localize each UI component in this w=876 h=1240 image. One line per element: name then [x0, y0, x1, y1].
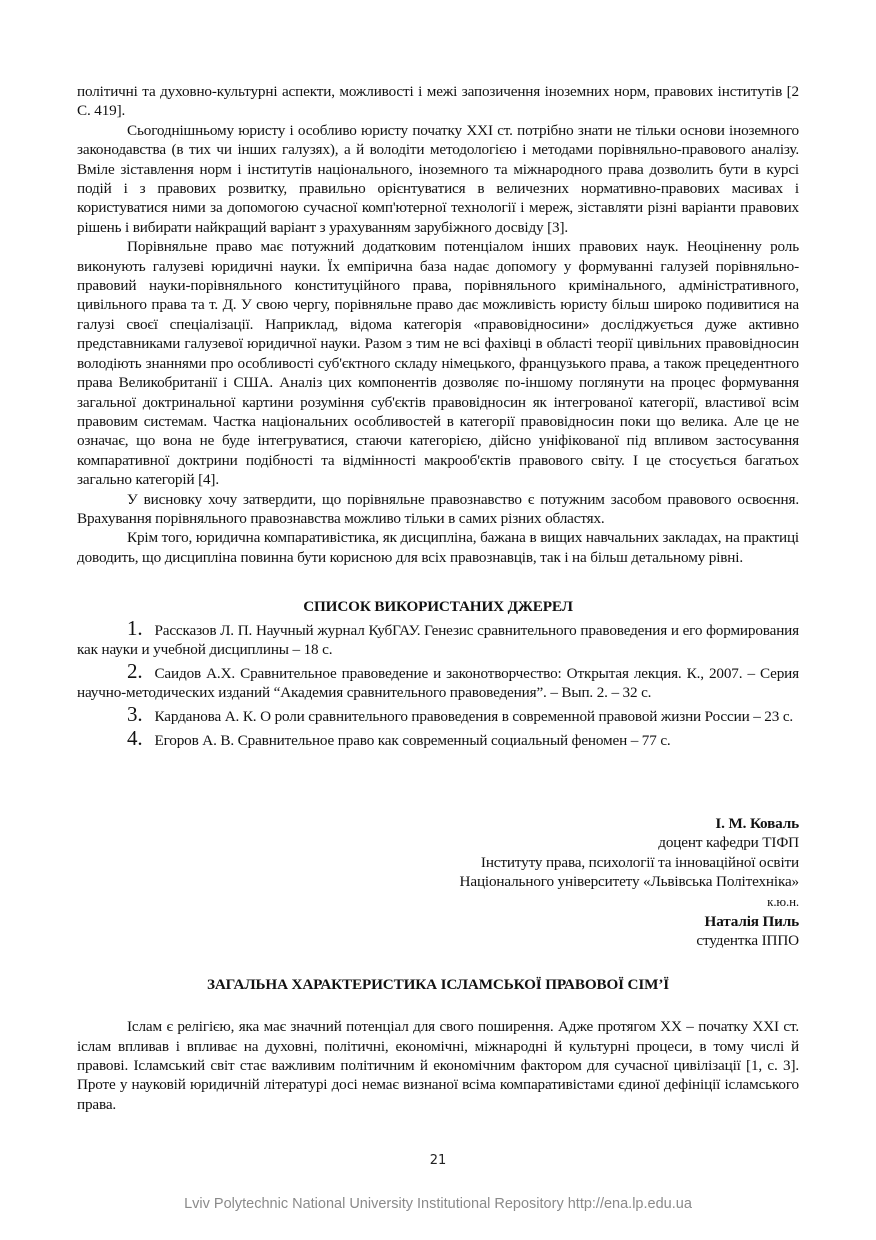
- references-heading: СПИСОК ВИКОРИСТАНИХ ДЖЕРЕЛ: [77, 597, 799, 616]
- reference-item: 3.Карданова А. К. О роли сравнительного …: [77, 705, 799, 726]
- author-name-2: Наталія Пиль: [77, 912, 799, 932]
- paragraph-continuation: політичні та духовно-культурні аспекти, …: [77, 82, 799, 121]
- paragraph: Сьогоднішньому юристу і особливо юристу …: [77, 121, 799, 237]
- paragraph: Порівняльне право має потужний додаткови…: [77, 237, 799, 489]
- paragraph: Крім того, юридична компаративістика, як…: [77, 528, 799, 567]
- reference-number: 2.: [127, 659, 142, 683]
- author-name-1: І. М. Коваль: [77, 814, 799, 834]
- author-institute: Інституту права, психології та інновацій…: [77, 853, 799, 873]
- reference-text: Егоров А. В. Сравнительное право как сов…: [154, 732, 670, 749]
- reference-item: 4.Егоров А. В. Сравнительное право как с…: [77, 729, 799, 750]
- paragraph: Іслам є релігією, яка має значний потенц…: [77, 1017, 799, 1114]
- reference-text: Саидов А.Х. Сравнительное правоведение и…: [77, 665, 799, 701]
- author-position-2: студентка ІППО: [77, 931, 799, 951]
- author-degree: к.ю.н.: [77, 892, 799, 912]
- paragraph: У висновку хочу затвердити, що порівняль…: [77, 490, 799, 529]
- article-title: ЗАГАЛЬНА ХАРАКТЕРИСТИКА ІСЛАМСЬКОЇ ПРАВО…: [77, 975, 799, 994]
- author-block: І. М. Коваль доцент кафедри ТІФП Інститу…: [77, 814, 799, 951]
- author-position-1: доцент кафедри ТІФП: [77, 833, 799, 853]
- reference-number: 1.: [127, 616, 142, 640]
- repository-footer: Lviv Polytechnic National University Ins…: [0, 1196, 876, 1212]
- document-page: політичні та духовно-культурні аспекти, …: [77, 82, 799, 1114]
- author-university: Національного університету «Львівська По…: [77, 872, 799, 892]
- references-list: 1.Рассказов Л. П. Научный журнал КубГАУ.…: [77, 619, 799, 750]
- reference-item: 2.Саидов А.Х. Сравнительное правоведение…: [77, 662, 799, 702]
- reference-number: 3.: [127, 702, 142, 726]
- reference-text: Карданова А. К. О роли сравнительного пр…: [154, 708, 793, 725]
- reference-text: Рассказов Л. П. Научный журнал КубГАУ. Г…: [77, 622, 799, 658]
- page-number: 21: [0, 1153, 876, 1168]
- reference-number: 4.: [127, 726, 142, 750]
- reference-item: 1.Рассказов Л. П. Научный журнал КубГАУ.…: [77, 619, 799, 659]
